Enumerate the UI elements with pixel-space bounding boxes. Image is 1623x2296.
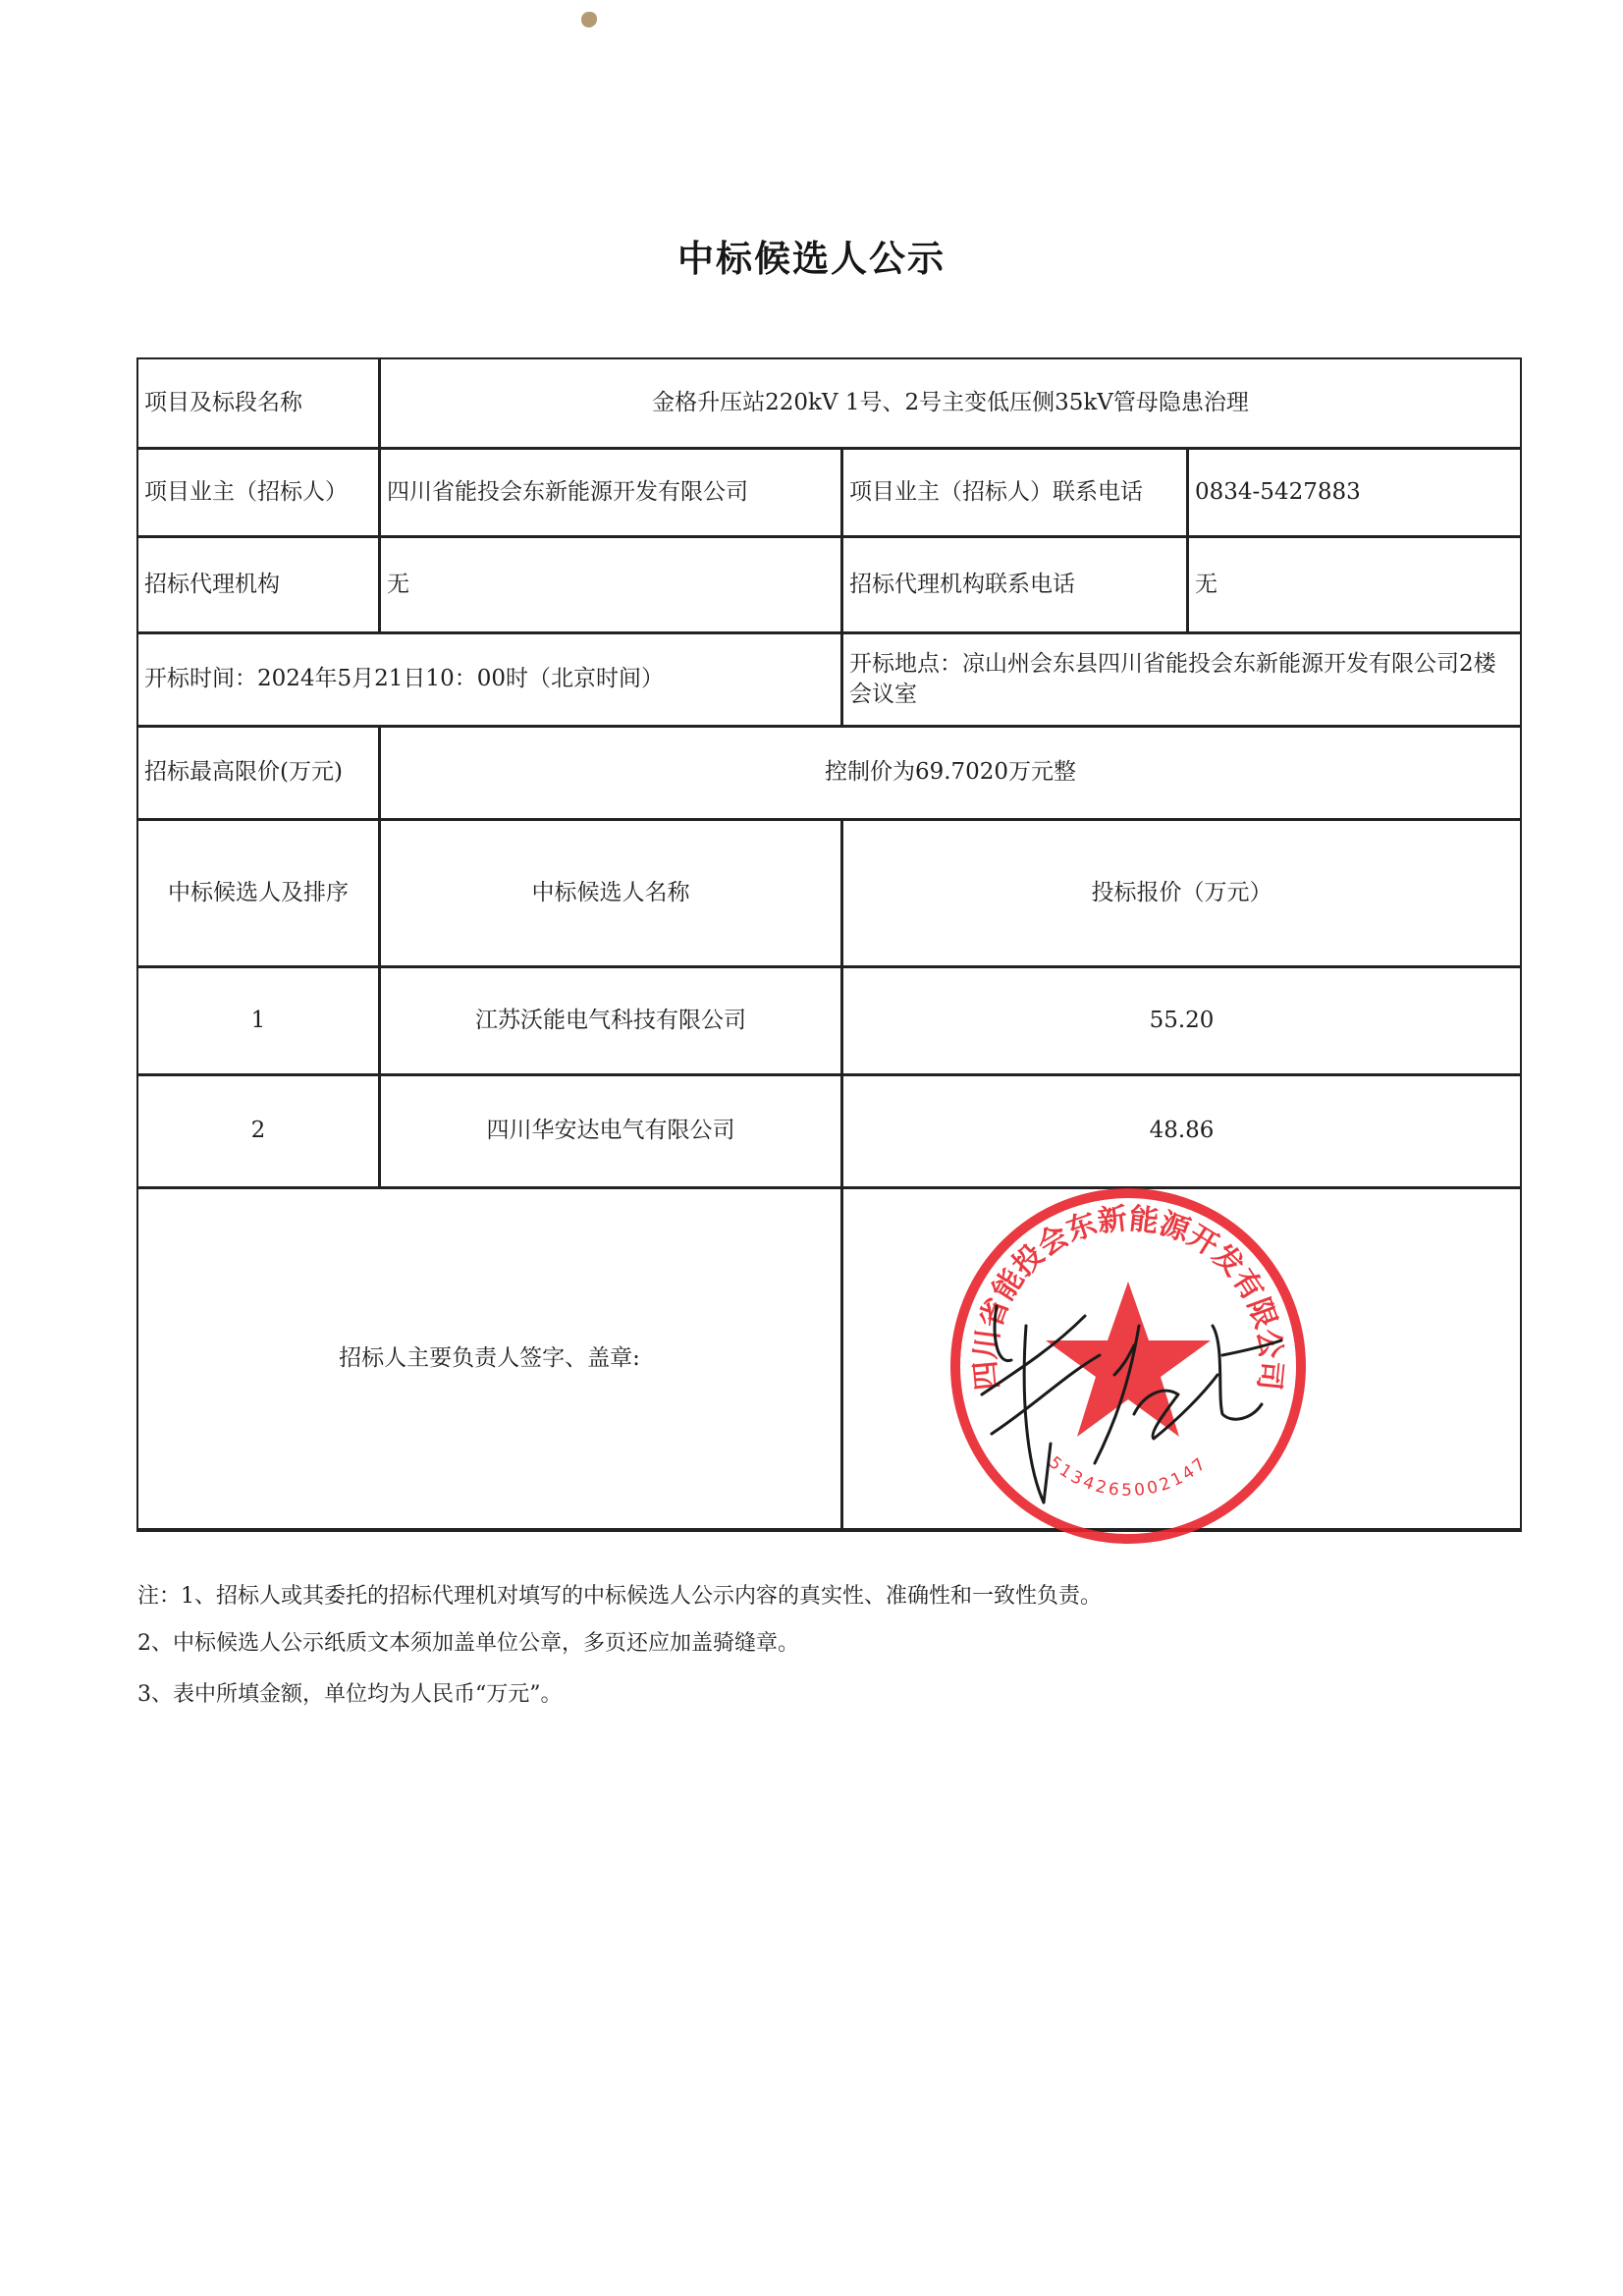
candidate-name: 四川华安达电气有限公司 xyxy=(379,1074,842,1188)
owner-label: 项目业主（招标人） xyxy=(136,448,380,537)
agency-phone-value: 无 xyxy=(1187,536,1522,633)
max-price-value: 控制价为69.7020万元整 xyxy=(379,726,1522,820)
header-name: 中标候选人名称 xyxy=(379,819,842,967)
agency-value: 无 xyxy=(379,536,842,633)
owner-phone-label: 项目业主（招标人）联系电话 xyxy=(841,448,1188,537)
candidate-price: 48.86 xyxy=(841,1074,1522,1188)
opening-place: 开标地点：凉山州会东县四川省能投会东新能源开发有限公司2楼会议室 xyxy=(841,632,1522,727)
agency-phone-label: 招标代理机构联系电话 xyxy=(841,536,1188,633)
header-price: 投标报价（万元） xyxy=(841,819,1522,967)
max-price-label: 招标最高限价(万元) xyxy=(136,726,380,820)
opening-time: 开标时间：2024年5月21日10：00时（北京时间） xyxy=(136,632,842,727)
candidate-rank: 2 xyxy=(136,1074,380,1188)
owner-phone-value: 0834-5427883 xyxy=(1187,448,1522,537)
owner-value: 四川省能投会东新能源开发有限公司 xyxy=(379,448,842,537)
candidate-name: 江苏沃能电气科技有限公司 xyxy=(379,966,842,1075)
note-item: 2、中标候选人公示纸质文本须加盖单位公章，多页还应加盖骑缝章。 xyxy=(137,1626,799,1657)
candidate-rank: 1 xyxy=(136,966,380,1075)
note-item: 3、表中所填金额，单位均为人民币“万元”。 xyxy=(137,1677,563,1708)
note-item: 注：1、招标人或其委托的招标代理机对填写的中标候选人公示内容的真实性、准确性和一… xyxy=(137,1579,1102,1610)
candidate-price: 55.20 xyxy=(841,966,1522,1075)
page-title: 中标候选人公示 xyxy=(0,229,1623,282)
header-rank: 中标候选人及排序 xyxy=(136,819,380,967)
project-name-label: 项目及标段名称 xyxy=(136,357,380,449)
agency-label: 招标代理机构 xyxy=(136,536,380,633)
scan-speck xyxy=(581,12,597,27)
announcement-table: 项目及标段名称 金格升压站220kV 1号、2号主变低压侧35kV管母隐患治理 … xyxy=(137,358,1523,1532)
signature-area xyxy=(841,1187,1522,1532)
project-name-value: 金格升压站220kV 1号、2号主变低压侧35kV管母隐患治理 xyxy=(379,357,1522,449)
signature-label: 招标人主要负责人签字、盖章: xyxy=(136,1187,842,1532)
